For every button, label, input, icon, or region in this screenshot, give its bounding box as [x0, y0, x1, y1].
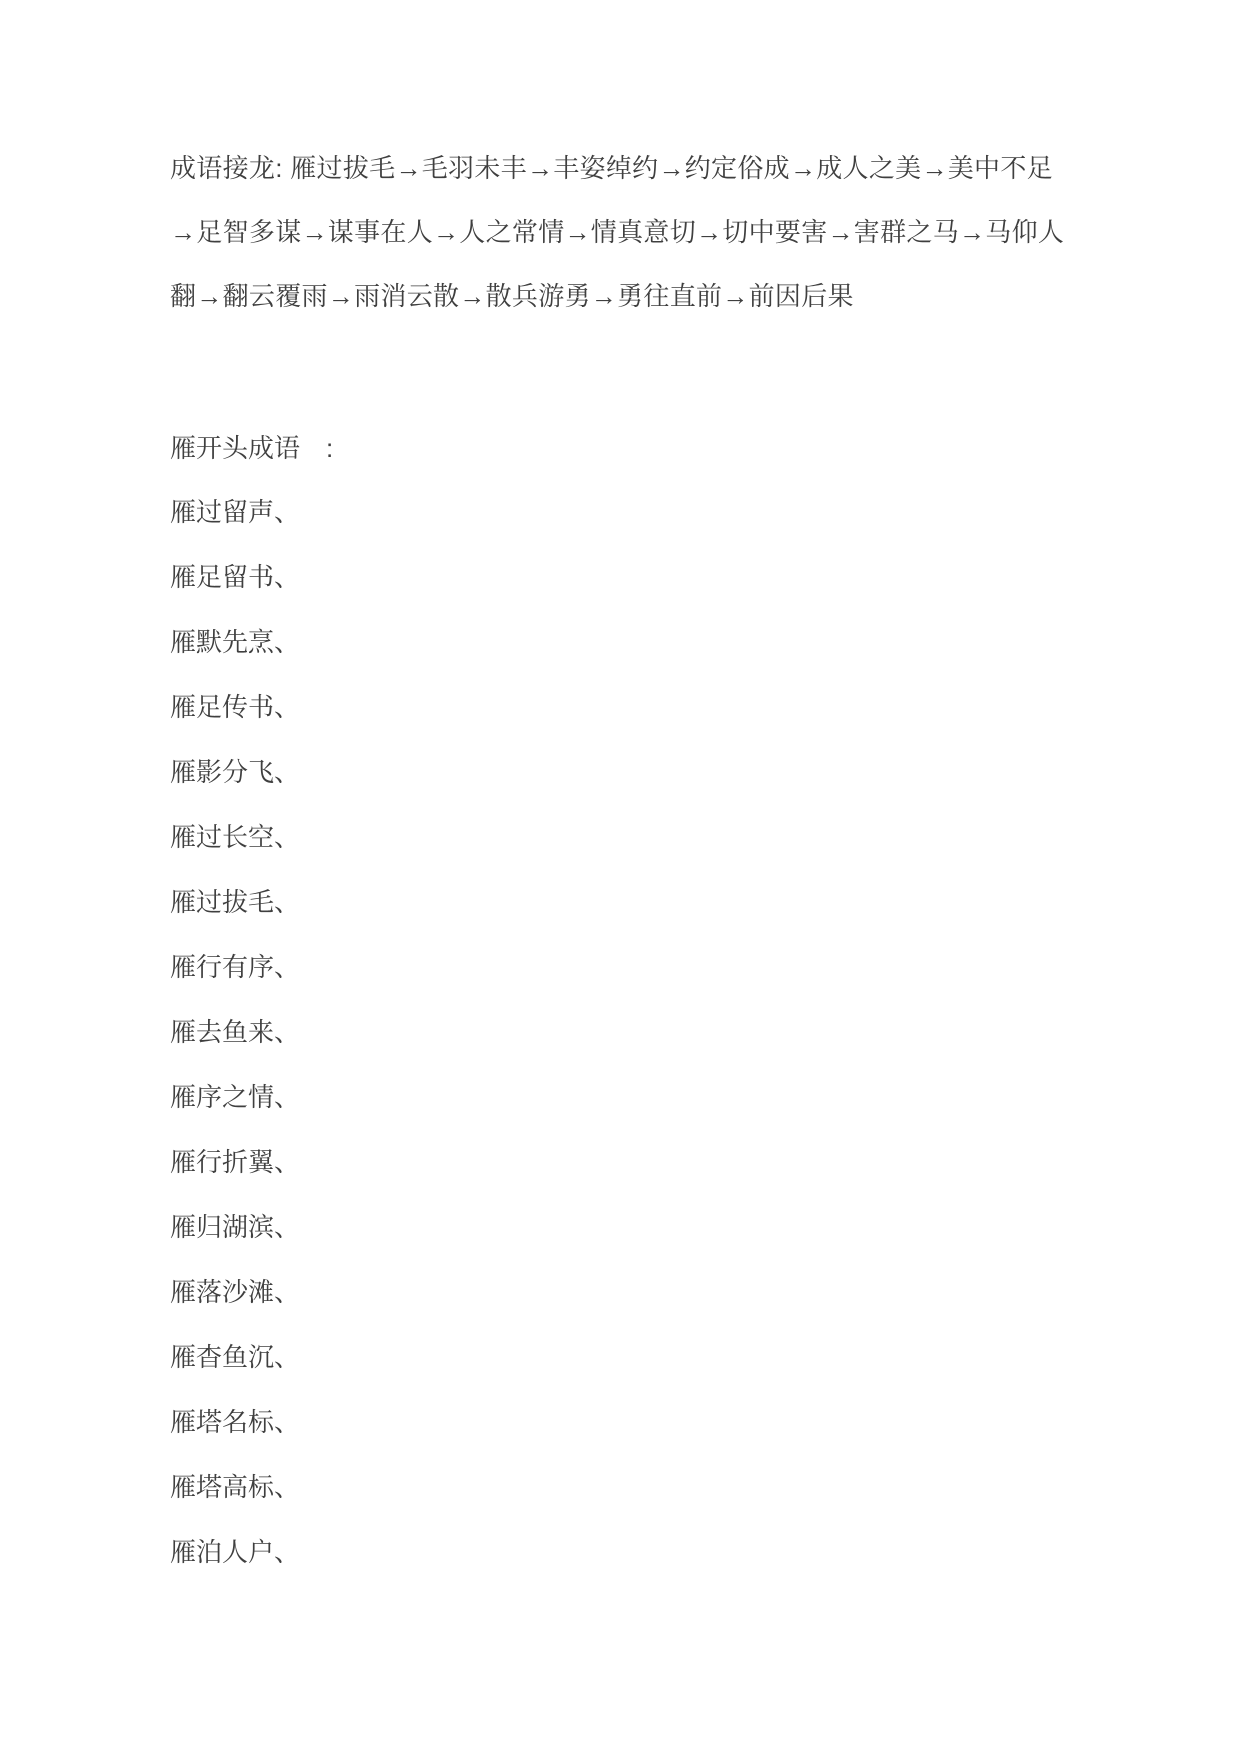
section-heading: 雁开头成语 : [170, 416, 1065, 480]
list-item: 雁过长空、 [170, 805, 1065, 870]
list-item: 雁行有序、 [170, 935, 1065, 1000]
list-item: 雁塔名标、 [170, 1390, 1065, 1455]
paragraph-line: →足智多谋→谋事在人→人之常情→情真意切→切中要害→害群之马→马仰人 [170, 200, 1065, 264]
list-item: 雁去鱼来、 [170, 1000, 1065, 1065]
paragraph-line: 成语接龙: 雁过拔毛→毛羽未丰→丰姿绰约→约定俗成→成人之美→美中不足 [170, 136, 1065, 200]
list-item: 雁杳鱼沉、 [170, 1325, 1065, 1390]
list-item: 雁归湖滨、 [170, 1195, 1065, 1260]
idiom-chain-paragraph: 成语接龙: 雁过拔毛→毛羽未丰→丰姿绰约→约定俗成→成人之美→美中不足 →足智多… [170, 0, 1065, 328]
list-item: 雁足留书、 [170, 545, 1065, 610]
list-item: 雁落沙滩、 [170, 1260, 1065, 1325]
document-content: 成语接龙: 雁过拔毛→毛羽未丰→丰姿绰约→约定俗成→成人之美→美中不足 →足智多… [0, 0, 1240, 1585]
list-item: 雁过拔毛、 [170, 870, 1065, 935]
list-item: 雁塔高标、 [170, 1455, 1065, 1520]
list-item: 雁行折翼、 [170, 1130, 1065, 1195]
list-item: 雁足传书、 [170, 675, 1065, 740]
list-item: 雁序之情、 [170, 1065, 1065, 1130]
list-item: 雁过留声、 [170, 480, 1065, 545]
paragraph-line: 翻→翻云覆雨→雨消云散→散兵游勇→勇往直前→前因后果 [170, 264, 1065, 328]
list-item: 雁泊人户、 [170, 1520, 1065, 1585]
document-page: 成语接龙: 雁过拔毛→毛羽未丰→丰姿绰约→约定俗成→成人之美→美中不足 →足智多… [0, 0, 1240, 1753]
idiom-list: 雁过留声、 雁足留书、 雁默先烹、 雁足传书、 雁影分飞、 雁过长空、 雁过拔毛… [170, 480, 1065, 1585]
list-item: 雁影分飞、 [170, 740, 1065, 805]
list-item: 雁默先烹、 [170, 610, 1065, 675]
